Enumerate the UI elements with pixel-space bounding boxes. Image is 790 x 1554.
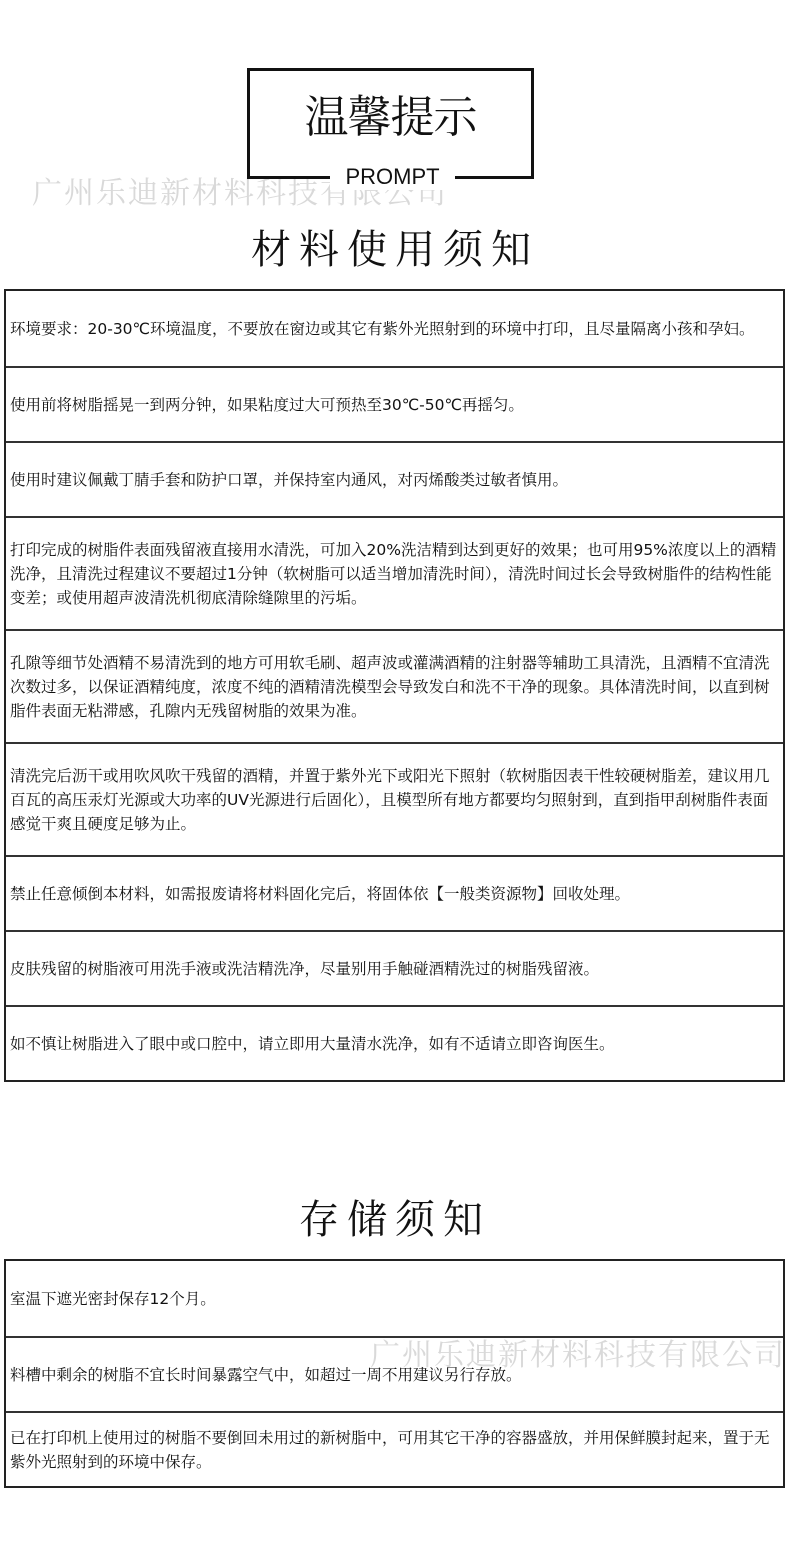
header-subtitle: PROMPT	[330, 164, 455, 190]
storage-row: 料槽中剩余的树脂不宜长时间暴露空气中，如超过一周不用建议另行存放。	[6, 1336, 783, 1411]
usage-row: 打印完成的树脂件表面残留液直接用水清洗，可加入20%洗洁精到达到更好的效果；也可…	[6, 516, 783, 629]
usage-row: 使用时建议佩戴丁腈手套和防护口罩，并保持室内通风，对丙烯酸类过敏者慎用。	[6, 441, 783, 516]
usage-section-title: 材料使用须知	[0, 227, 790, 273]
usage-row: 皮肤残留的树脂液可用洗手液或洗洁精洗净，尽量别用手触碰酒精洗过的树脂残留液。	[6, 930, 783, 1005]
usage-row: 如不慎让树脂进入了眼中或口腔中，请立即用大量清水洗净，如有不适请立即咨询医生。	[6, 1005, 783, 1080]
usage-notice-table: 环境要求：20-30℃环境温度，不要放在窗边或其它有紫外光照射到的环境中打印，且…	[4, 289, 785, 1082]
header-title: 温馨提示	[250, 93, 531, 143]
storage-row: 室温下遮光密封保存12个月。	[6, 1261, 783, 1336]
storage-item-text: 室温下遮光密封保存12个月。	[10, 1287, 780, 1311]
storage-notice-table: 室温下遮光密封保存12个月。 料槽中剩余的树脂不宜长时间暴露空气中，如超过一周不…	[4, 1259, 785, 1488]
storage-row: 已在打印机上使用过的树脂不要倒回未用过的新树脂中，可用其它干净的容器盛放，并用保…	[6, 1411, 783, 1486]
usage-item-text: 如不慎让树脂进入了眼中或口腔中，请立即用大量清水洗净，如有不适请立即咨询医生。	[10, 1032, 780, 1056]
usage-item-text: 孔隙等细节处酒精不易清洗到的地方可用软毛刷、超声波或灌满酒精的注射器等辅助工具清…	[10, 651, 780, 723]
usage-row: 使用前将树脂摇晃一到两分钟，如果粘度过大可预热至30℃-50℃再摇匀。	[6, 366, 783, 441]
storage-item-text: 料槽中剩余的树脂不宜长时间暴露空气中，如超过一周不用建议另行存放。	[10, 1363, 780, 1387]
usage-item-text: 打印完成的树脂件表面残留液直接用水清洗，可加入20%洗洁精到达到更好的效果；也可…	[10, 538, 780, 610]
usage-item-text: 使用时建议佩戴丁腈手套和防护口罩，并保持室内通风，对丙烯酸类过敏者慎用。	[10, 468, 780, 492]
usage-row: 清洗完后沥干或用吹风吹干残留的酒精，并置于紫外光下或阳光下照射（软树脂因表干性较…	[6, 742, 783, 855]
usage-item-text: 环境要求：20-30℃环境温度，不要放在窗边或其它有紫外光照射到的环境中打印，且…	[10, 317, 780, 341]
usage-row: 环境要求：20-30℃环境温度，不要放在窗边或其它有紫外光照射到的环境中打印，且…	[6, 291, 783, 366]
usage-row: 禁止任意倾倒本材料，如需报废请将材料固化完后，将固体依【一般类资源物】回收处理。	[6, 855, 783, 930]
prompt-header-box: 温馨提示 PROMPT	[247, 68, 534, 179]
storage-item-text: 已在打印机上使用过的树脂不要倒回未用过的新树脂中，可用其它干净的容器盛放，并用保…	[10, 1426, 780, 1474]
usage-item-text: 禁止任意倾倒本材料，如需报废请将材料固化完后，将固体依【一般类资源物】回收处理。	[10, 882, 780, 906]
usage-item-text: 清洗完后沥干或用吹风吹干残留的酒精，并置于紫外光下或阳光下照射（软树脂因表干性较…	[10, 764, 780, 836]
usage-item-text: 皮肤残留的树脂液可用洗手液或洗洁精洗净，尽量别用手触碰酒精洗过的树脂残留液。	[10, 957, 780, 981]
usage-item-text: 使用前将树脂摇晃一到两分钟，如果粘度过大可预热至30℃-50℃再摇匀。	[10, 393, 780, 417]
usage-row: 孔隙等细节处酒精不易清洗到的地方可用软毛刷、超声波或灌满酒精的注射器等辅助工具清…	[6, 629, 783, 742]
storage-section-title: 存储须知	[0, 1197, 790, 1243]
